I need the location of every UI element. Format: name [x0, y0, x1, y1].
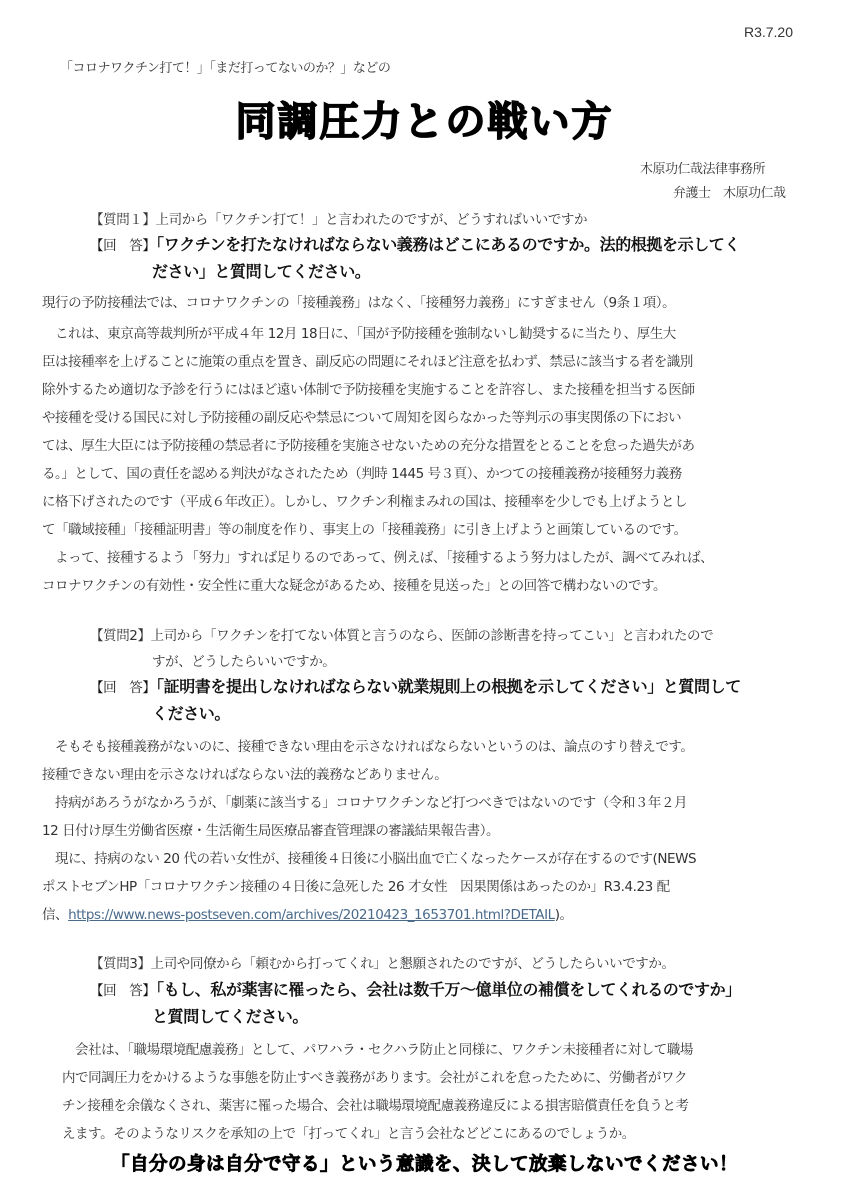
closing-slogan: 「自分の身は自分で守る」という意識を、決して放棄しないでください！	[0, 1150, 849, 1176]
question-1: 【質問１】上司から「ワクチン打て！」と言われたのですが、どうすればいいですか	[90, 208, 587, 228]
answer-2-line-2: ください。	[152, 701, 230, 724]
section-1-paragraph-line: よって、接種するよう「努力」すれば足りるのであって、例えば、「接種するよう努力は…	[42, 546, 713, 566]
answer-3-line-2: と質問してください。	[152, 1004, 308, 1027]
section-1-paragraph-line: や接種を受ける国民に対し予防接種の副反応や禁忌について周知を図らなかった等判示の…	[42, 406, 681, 426]
answer-1-line-2: ださい」と質問してください。	[152, 259, 370, 282]
section-1-paragraph-line: て「職域接種」「接種証明書」等の制度を作り、事実上の「接種義務」に引き上げようと…	[42, 518, 687, 538]
question-1-text: 上司から「ワクチン打て！」と言われたのですが、どうすればいいですか	[156, 212, 588, 228]
section-3-paragraph-line: 会社は、「職場環境配慮義務」として、パワハラ・セクハラ防止と同様に、ワクチン未接…	[62, 1038, 693, 1058]
section-2-source-line: 信、https://www.news-postseven.com/archive…	[42, 903, 573, 923]
question-1-label: 【質問１】	[90, 208, 156, 228]
answer-3-line-1: 「もし、私が薬害に罹ったら、会社は数千万～億単位の補償をしてくれるのですか」	[148, 980, 741, 999]
question-2-text-line-1: 上司から「ワクチンを打てない体質と言うのなら、医師の診断書を持ってこい」と言われ…	[151, 628, 714, 644]
section-1-paragraph-line: 臣は接種率を上げることに施策の重点を置き、副反応の問題にそれほど注意を払わず、禁…	[42, 350, 693, 370]
section-3-paragraph-line: チン接種を余儀なくされ、薬害に罹った場合、会社は職場環境配慮義務違反による損害賠…	[62, 1094, 689, 1114]
source-suffix: )。	[555, 907, 573, 923]
section-1-paragraph-line: 現行の予防接種法では、コロナワクチンの「接種義務」はなく、「接種努力義務」にすぎ…	[42, 291, 675, 311]
section-1-paragraph-line: これは、東京高等裁判所が平成４年 12月 18日に、「国が予防接種を強制ないし勧…	[42, 322, 676, 342]
answer-3: 【回 答】「もし、私が薬害に罹ったら、会社は数千万～億単位の補償をしてくれるので…	[90, 977, 741, 1000]
source-prefix: 信、	[42, 907, 68, 923]
section-2-paragraph-line: 12 日付け厚生労働省医療・生活衛生局医療品審査管理課の審議結果報告書）。	[42, 819, 499, 839]
document-title: 同調圧力との戦い方	[0, 90, 849, 147]
document-date: R3.7.20	[744, 24, 793, 40]
section-3-paragraph-line: えます。そのようなリスクを承知の上で「打ってくれ」と言う会社などどこにあるのでし…	[62, 1122, 635, 1142]
section-2-paragraph-line: 現に、持病のない 20 代の若い女性が、接種後４日後に小脳出血で亡くなったケース…	[42, 847, 696, 867]
question-2-label: 【質問2】	[90, 624, 151, 644]
section-3-paragraph-line: 内で同調圧力をかけるような事態を防止すべき義務があります。会社がこれを怠ったため…	[62, 1066, 687, 1086]
answer-1-label: 【回 答】	[90, 234, 148, 254]
section-1-paragraph-line: る。」として、国の責任を認める判決がなされたため（判時 1445 号３頁）、かつ…	[42, 462, 682, 482]
answer-1: 【回 答】「ワクチンを打たなければならない義務はどこにあるのですか。法的根拠を示…	[90, 232, 740, 255]
law-office-name: 木原功仁哉法律事務所	[640, 158, 765, 177]
answer-1-line-1: 「ワクチンを打たなければならない義務はどこにあるのですか。法的根拠を示してく	[148, 235, 740, 254]
question-3-text: 上司や同僚から「頼むから打ってくれ」と懇願されたのですが、どうしたらいいですか。	[151, 956, 675, 972]
section-1-paragraph-line: 除外するため適切な予診を行うにはほど遠い体制で予防接種を実施することを許容し、ま…	[42, 378, 695, 398]
question-3: 【質問3】上司や同僚から「頼むから打ってくれ」と懇願されたのですが、どうしたらい…	[90, 952, 675, 972]
question-2-text-line-2: すが、どうしたらいいですか。	[152, 650, 335, 670]
section-1-paragraph-line: に格下げされたのです（平成６年改正）。しかし、ワクチン利権まみれの国は、接種率を…	[42, 490, 687, 510]
document-subtitle: 「コロナワクチン打て！」「まだ打ってないのか？」などの	[60, 57, 390, 76]
answer-2: 【回 答】「証明書を提出しなければならない就業規則上の根拠を示してください」と質…	[90, 674, 741, 697]
source-link[interactable]: https://www.news-postseven.com/archives/…	[68, 907, 555, 923]
section-2-paragraph-line: そもそも接種義務がないのに、接種できない理由を示さなければならないというのは、論…	[42, 735, 693, 755]
answer-2-label: 【回 答】	[90, 676, 148, 696]
section-2-paragraph-line: 持病があろうがなかろうが、「劇薬に該当する」コロナワクチンなど打つべきではないの…	[42, 791, 687, 811]
question-3-label: 【質問3】	[90, 952, 151, 972]
answer-2-line-1: 「証明書を提出しなければならない就業規則上の根拠を示してください」と質問して	[148, 677, 741, 696]
section-2-paragraph-line: ポストセブンHP「コロナワクチン接種の４日後に急死した 26 才女性 因果関係は…	[42, 875, 670, 895]
section-2-paragraph-line: 接種できない理由を示さなければならない法的義務などありません。	[42, 763, 447, 783]
section-1-paragraph-line: コロナワクチンの有効性・安全性に重大な疑念があるため、接種を見送った」との回答で…	[42, 574, 666, 594]
question-2: 【質問2】上司から「ワクチンを打てない体質と言うのなら、医師の診断書を持ってこい…	[90, 624, 713, 644]
section-1-paragraph-line: ては、厚生大臣には予防接種の禁忌者に予防接種を実施させないための充分な措置をとる…	[42, 434, 695, 454]
lawyer-name: 弁護士 木原功仁哉	[673, 182, 786, 201]
answer-3-label: 【回 答】	[90, 979, 148, 999]
